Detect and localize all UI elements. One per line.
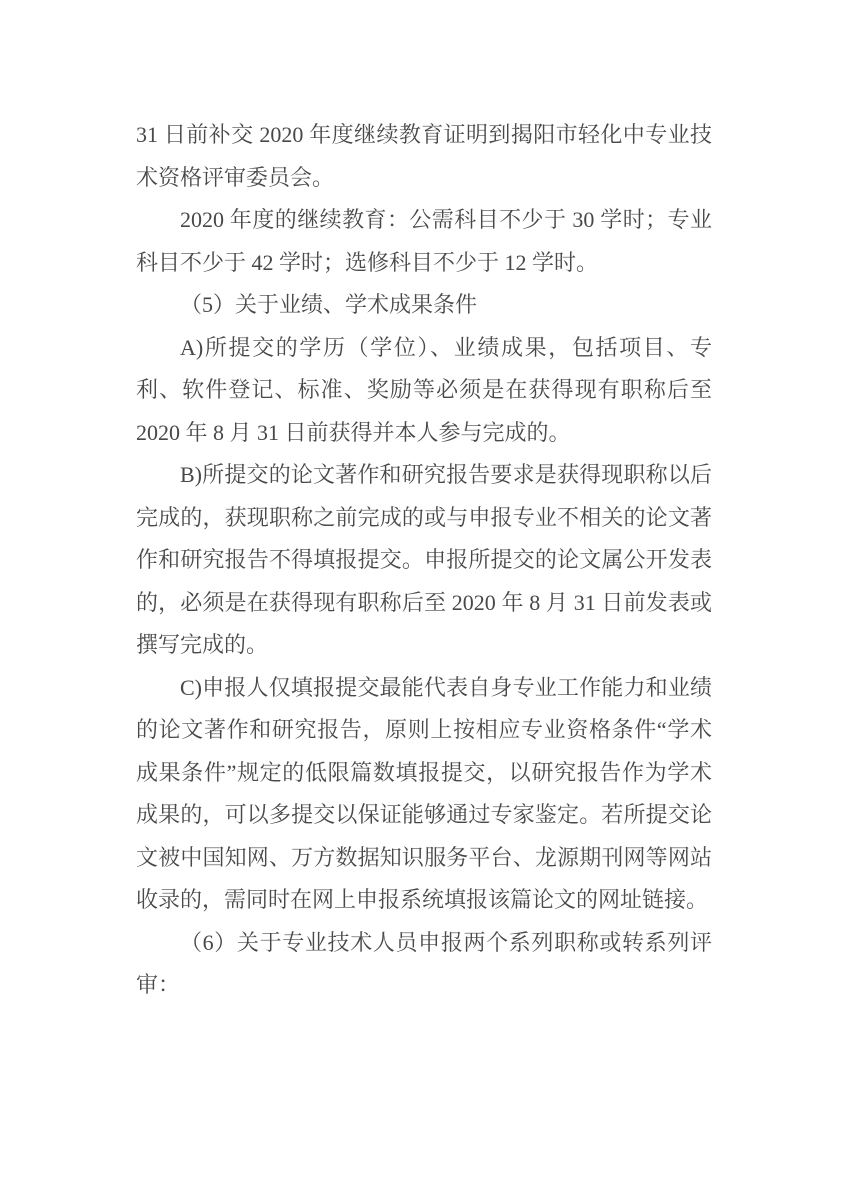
- paragraph-heading-item-6: （6）关于专业技术人员申报两个系列职称或转系列评审：: [136, 922, 712, 1007]
- document-page: 31 日前补交 2020 年度继续教育证明到揭阳市轻化中专业技术资格评审委员会。…: [0, 0, 848, 1200]
- paragraph-item-a: A)所提交的学历（学位）、业绩成果，包括项目、专利、软件登记、标准、奖励等必须是…: [136, 327, 712, 455]
- document-body: 31 日前补交 2020 年度继续教育证明到揭阳市轻化中专业技术资格评审委员会。…: [136, 114, 712, 1007]
- paragraph-heading-item-5: （5）关于业绩、学术成果条件: [136, 284, 712, 327]
- paragraph-continuation-deadline: 31 日前补交 2020 年度继续教育证明到揭阳市轻化中专业技术资格评审委员会。: [136, 114, 712, 199]
- paragraph-continuing-education-hours: 2020 年度的继续教育：公需科目不少于 30 学时；专业科目不少于 42 学时…: [136, 199, 712, 284]
- paragraph-item-c: C)申报人仅填报提交最能代表自身专业工作能力和业绩的论文著作和研究报告，原则上按…: [136, 667, 712, 922]
- paragraph-item-b: B)所提交的论文著作和研究报告要求是获得现职称以后完成的，获现职称之前完成的或与…: [136, 454, 712, 667]
